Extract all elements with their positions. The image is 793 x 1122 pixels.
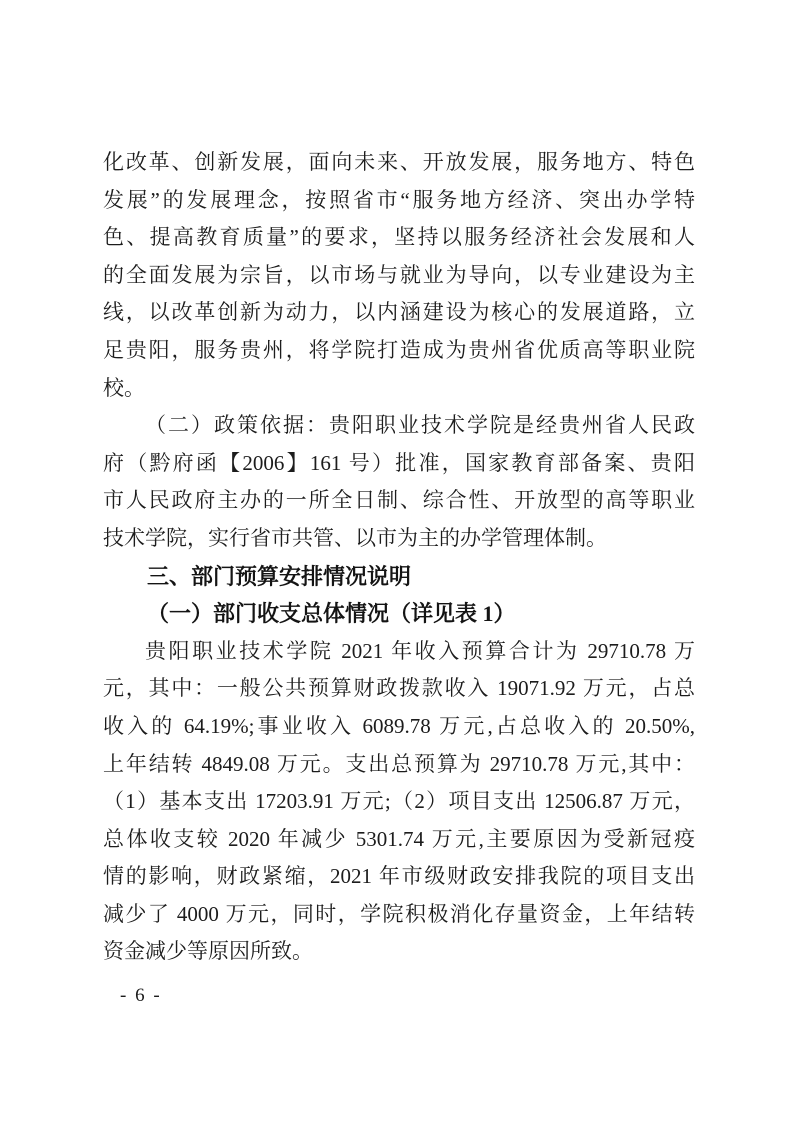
body-text-line: 的全面发展为宗旨，以市场与就业为导向，以专业建设为主 xyxy=(103,257,695,295)
paragraph-budget-overview: 贵阳职业技术学院 2021 年收入预算合计为 29710.78 万 元，其中：一… xyxy=(103,633,695,971)
body-text-line: 情的影响，财政紧缩，2021 年市级财政安排我院的项目支出 xyxy=(103,858,695,896)
body-text-line: 校。 xyxy=(103,370,695,408)
body-text-line: 上年结转 4849.08 万元。支出总预算为 29710.78 万元,其中： xyxy=(103,746,695,784)
body-text-line: 线，以改革创新为动力，以内涵建设为核心的发展道路，立 xyxy=(103,294,695,332)
section-heading-budget-arrangement: 三、部门预算安排情况说明 xyxy=(103,558,695,596)
subsection-heading-overall-income-expenditure: （一）部门收支总体情况（详见表 1） xyxy=(103,595,695,633)
body-text-line: （二）政策依据：贵阳职业技术学院是经贵州省人民政 xyxy=(103,407,695,445)
paragraph-development-philosophy: 化改革、创新发展，面向未来、开放发展，服务地方、特色 发展”的发展理念，按照省市… xyxy=(103,144,695,407)
paragraph-policy-basis: （二）政策依据：贵阳职业技术学院是经贵州省人民政 府（黔府函【2006】161 … xyxy=(103,407,695,557)
document-page: 化改革、创新发展，面向未来、开放发展，服务地方、特色 发展”的发展理念，按照省市… xyxy=(0,0,793,1122)
body-text-line: 发展”的发展理念，按照省市“服务地方经济、突出办学特 xyxy=(103,182,695,220)
body-text-line: 总体收支较 2020 年减少 5301.74 万元,主要原因为受新冠疫 xyxy=(103,821,695,859)
page-number: - 6 - xyxy=(120,985,162,1006)
body-text-line: 府（黔府函【2006】161 号）批准，国家教育部备案、贵阳 xyxy=(103,445,695,483)
body-text-line: （1）基本支出 17203.91 万元;（2）项目支出 12506.87 万元， xyxy=(103,783,695,821)
body-text-line: 资金减少等原因所致。 xyxy=(103,933,695,971)
page-footer: - 6 - xyxy=(120,985,320,1007)
body-text-line: 元，其中：一般公共预算财政拨款收入 19071.92 万元，占总 xyxy=(103,670,695,708)
body-text-line: 减少了 4000 万元，同时，学院积极消化存量资金，上年结转 xyxy=(103,896,695,934)
body-text-line: 技术学院，实行省市共管、以市为主的办学管理体制。 xyxy=(103,520,695,558)
body-text-line: 色、提高教育质量”的要求，坚持以服务经济社会发展和人 xyxy=(103,219,695,257)
document-body: 化改革、创新发展，面向未来、开放发展，服务地方、特色 发展”的发展理念，按照省市… xyxy=(103,144,695,971)
body-text-line: 贵阳职业技术学院 2021 年收入预算合计为 29710.78 万 xyxy=(103,633,695,671)
body-text-line: 市人民政府主办的一所全日制、综合性、开放型的高等职业 xyxy=(103,482,695,520)
body-text-line: 收入的 64.19%;事业收入 6089.78 万元,占总收入的 20.50%, xyxy=(103,708,695,746)
body-text-line: 足贵阳，服务贵州，将学院打造成为贵州省优质高等职业院 xyxy=(103,332,695,370)
body-text-line: 化改革、创新发展，面向未来、开放发展，服务地方、特色 xyxy=(103,144,695,182)
